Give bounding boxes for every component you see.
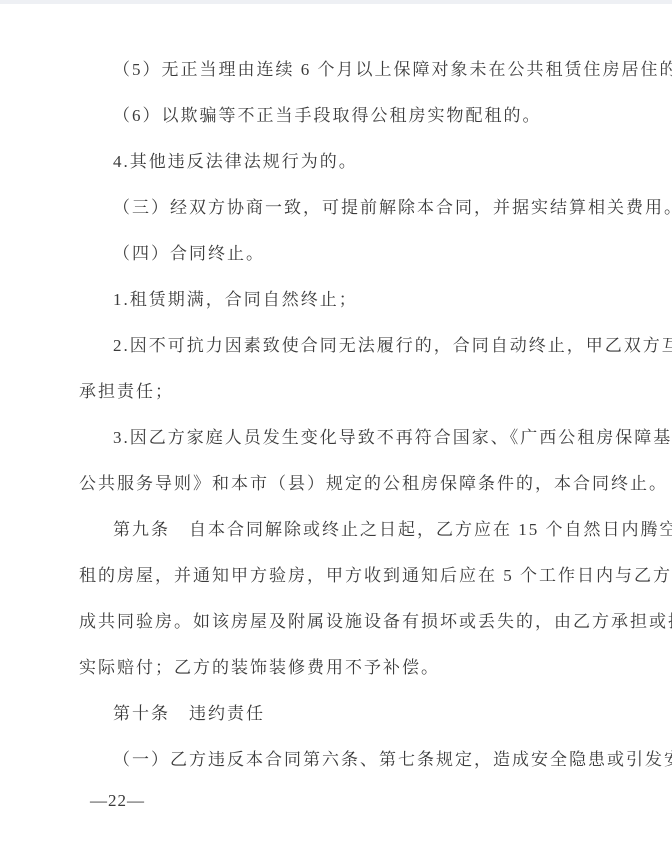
- document-line: （6）以欺骗等不正当手段取得公租房实物配租的。: [79, 93, 593, 139]
- document-line: 2.因不可抗力因素致使合同无法履行的，合同自动终止，甲乙双方互不: [79, 323, 593, 369]
- page-number: —22—: [90, 786, 145, 816]
- document-line: （四）合同终止。: [79, 231, 593, 277]
- document-line: （5）无正当理由连续 6 个月以上保障对象未在公共租赁住房居住的；: [79, 47, 593, 93]
- window-top-strip: [0, 0, 672, 4]
- document-line: 第十条 违约责任: [79, 691, 593, 737]
- document-body: （5）无正当理由连续 6 个月以上保障对象未在公共租赁住房居住的；（6）以欺骗等…: [79, 47, 593, 783]
- document-line: 租的房屋，并通知甲方验房，甲方收到通知后应在 5 个工作日内与乙方完: [79, 553, 593, 599]
- document-line: 1.租赁期满，合同自然终止；: [79, 277, 593, 323]
- document-line: 3.因乙方家庭人员发生变化导致不再符合国家、《广西公租房保障基本: [79, 415, 593, 461]
- document-line: 公共服务导则》和本市（县）规定的公租房保障条件的，本合同终止。: [79, 461, 593, 507]
- document-line: 第九条 自本合同解除或终止之日起，乙方应在 15 个自然日内腾空承: [79, 507, 593, 553]
- document-line: （一）乙方违反本合同第六条、第七条规定，造成安全隐患或引发安: [79, 737, 593, 783]
- document-line: 承担责任；: [79, 369, 593, 415]
- document-line: 实际赔付；乙方的装饰装修费用不予补偿。: [79, 645, 593, 691]
- document-line: 成共同验房。如该房屋及附属设施设备有损坏或丢失的，由乙方承担或按: [79, 599, 593, 645]
- document-line: 4.其他违反法律法规行为的。: [79, 139, 593, 185]
- document-line: （三）经双方协商一致，可提前解除本合同，并据实结算相关费用。: [79, 185, 593, 231]
- document-page: { "page": { "number_label": "—22—", "bac…: [0, 0, 672, 862]
